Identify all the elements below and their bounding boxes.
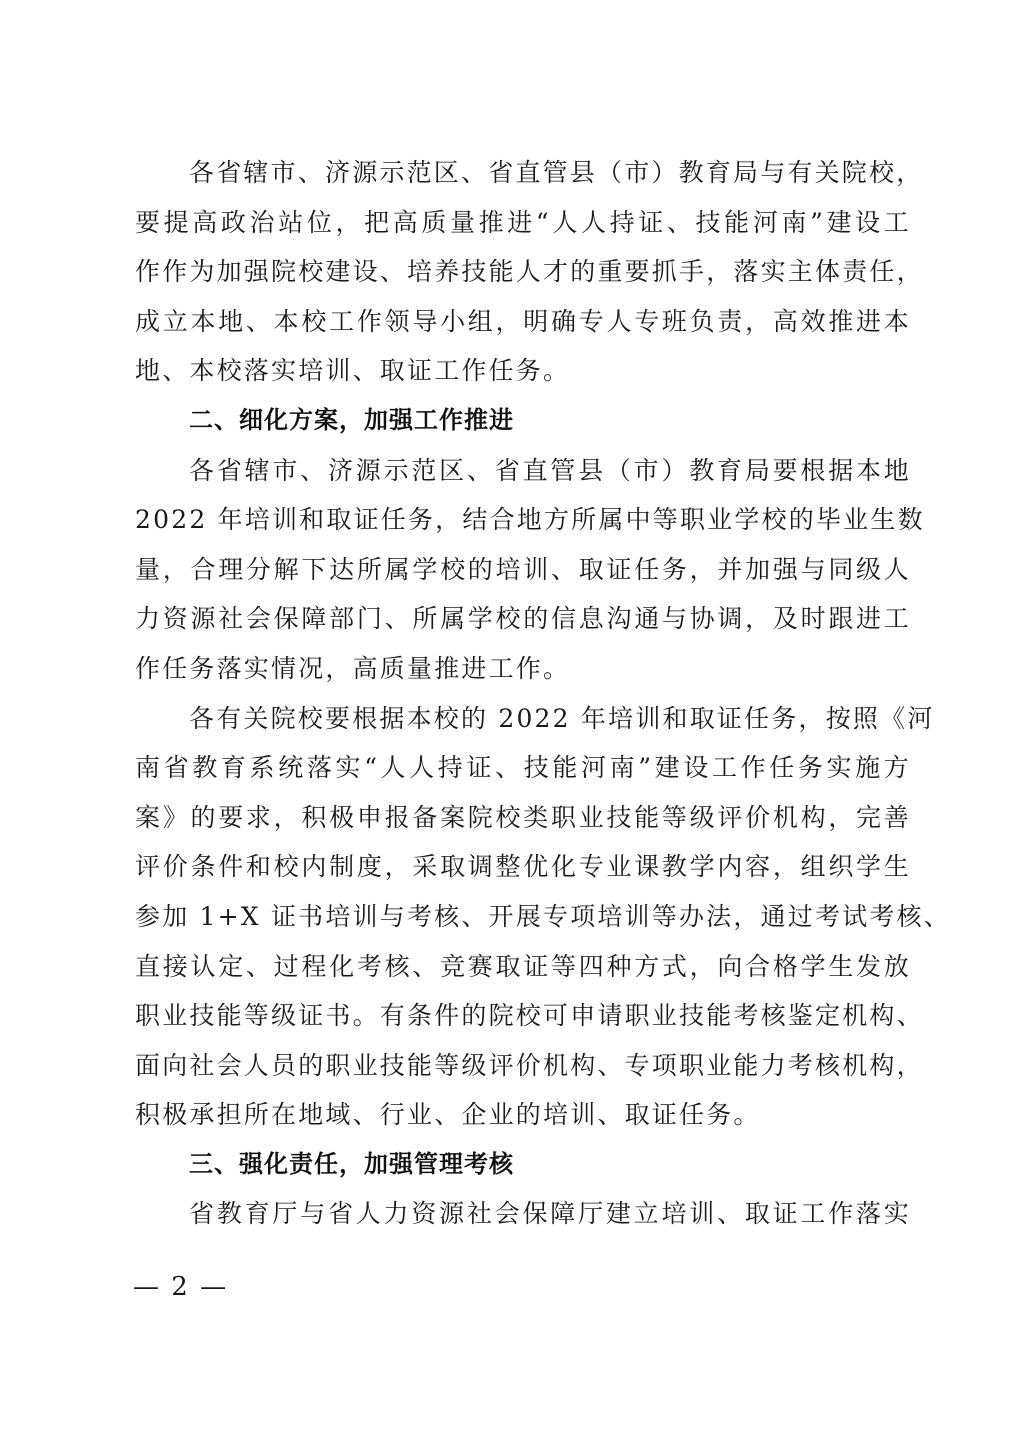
paragraph-local-plan: 各省辖市、济源示范区、省直管县（市）教育局要根据本地 2022 年培训和取证任务… bbox=[135, 446, 911, 694]
text-line: 各省辖市、济源示范区、省直管县（市）教育局要根据本地 bbox=[135, 446, 911, 496]
text-line: 积极承担所在地域、行业、企业的培训、取证任务。 bbox=[135, 1090, 911, 1140]
text-line: 各有关院校要根据本校的 2022 年培训和取证任务，按照《河 bbox=[135, 694, 911, 744]
text-line: 面向社会人员的职业技能等级评价机构、专项职业能力考核机构， bbox=[135, 1041, 911, 1091]
text-line: 作作为加强院校建设、培养技能人才的重要抓手，落实主体责任， bbox=[135, 247, 911, 297]
text-line: 量，合理分解下达所属学校的培训、取证任务，并加强与同级人 bbox=[135, 545, 911, 595]
text-line: 职业技能等级证书。有条件的院校可申请职业技能考核鉴定机构、 bbox=[135, 991, 911, 1041]
text-line: 2022 年培训和取证任务，结合地方所属中等职业学校的毕业生数 bbox=[135, 495, 911, 545]
paragraph-responsibility: 各省辖市、济源示范区、省直管县（市）教育局与有关院校， 要提高政治站位，把高质量… bbox=[135, 148, 911, 396]
text-line: 成立本地、本校工作领导小组，明确专人专班负责，高效推进本 bbox=[135, 297, 911, 347]
paragraph-institution-plan: 各有关院校要根据本校的 2022 年培训和取证任务，按照《河 南省教育系统落实“… bbox=[135, 694, 911, 1140]
text-line: 直接认定、过程化考核、竞赛取证等四种方式，向合格学生发放 bbox=[135, 942, 911, 992]
document-page: 各省辖市、济源示范区、省直管县（市）教育局与有关院校， 要提高政治站位，把高质量… bbox=[135, 148, 911, 1239]
paragraph-assessment: 省教育厅与省人力资源社会保障厅建立培训、取证工作落实 bbox=[135, 1189, 911, 1239]
page-number: — 2 — bbox=[133, 1272, 228, 1302]
section-heading-3: 三、强化责任，加强管理考核 bbox=[135, 1140, 911, 1190]
text-line: 力资源社会保障部门、所属学校的信息沟通与协调，及时跟进工 bbox=[135, 594, 911, 644]
section-heading-2: 二、细化方案，加强工作推进 bbox=[135, 396, 911, 446]
text-line: 地、本校落实培训、取证工作任务。 bbox=[135, 346, 911, 396]
text-line: 案》的要求，积极申报备案院校类职业技能等级评价机构，完善 bbox=[135, 793, 911, 843]
text-line: 参加 1+X 证书培训与考核、开展专项培训等办法，通过考试考核、 bbox=[135, 892, 911, 942]
text-line: 要提高政治站位，把高质量推进“人人持证、技能河南”建设工 bbox=[135, 198, 911, 248]
text-line: 省教育厅与省人力资源社会保障厅建立培训、取证工作落实 bbox=[135, 1189, 911, 1239]
text-line: 南省教育系统落实“人人持证、技能河南”建设工作任务实施方 bbox=[135, 743, 911, 793]
text-line: 作任务落实情况，高质量推进工作。 bbox=[135, 644, 911, 694]
text-line: 各省辖市、济源示范区、省直管县（市）教育局与有关院校， bbox=[135, 148, 911, 198]
text-line: 评价条件和校内制度，采取调整优化专业课教学内容，组织学生 bbox=[135, 842, 911, 892]
